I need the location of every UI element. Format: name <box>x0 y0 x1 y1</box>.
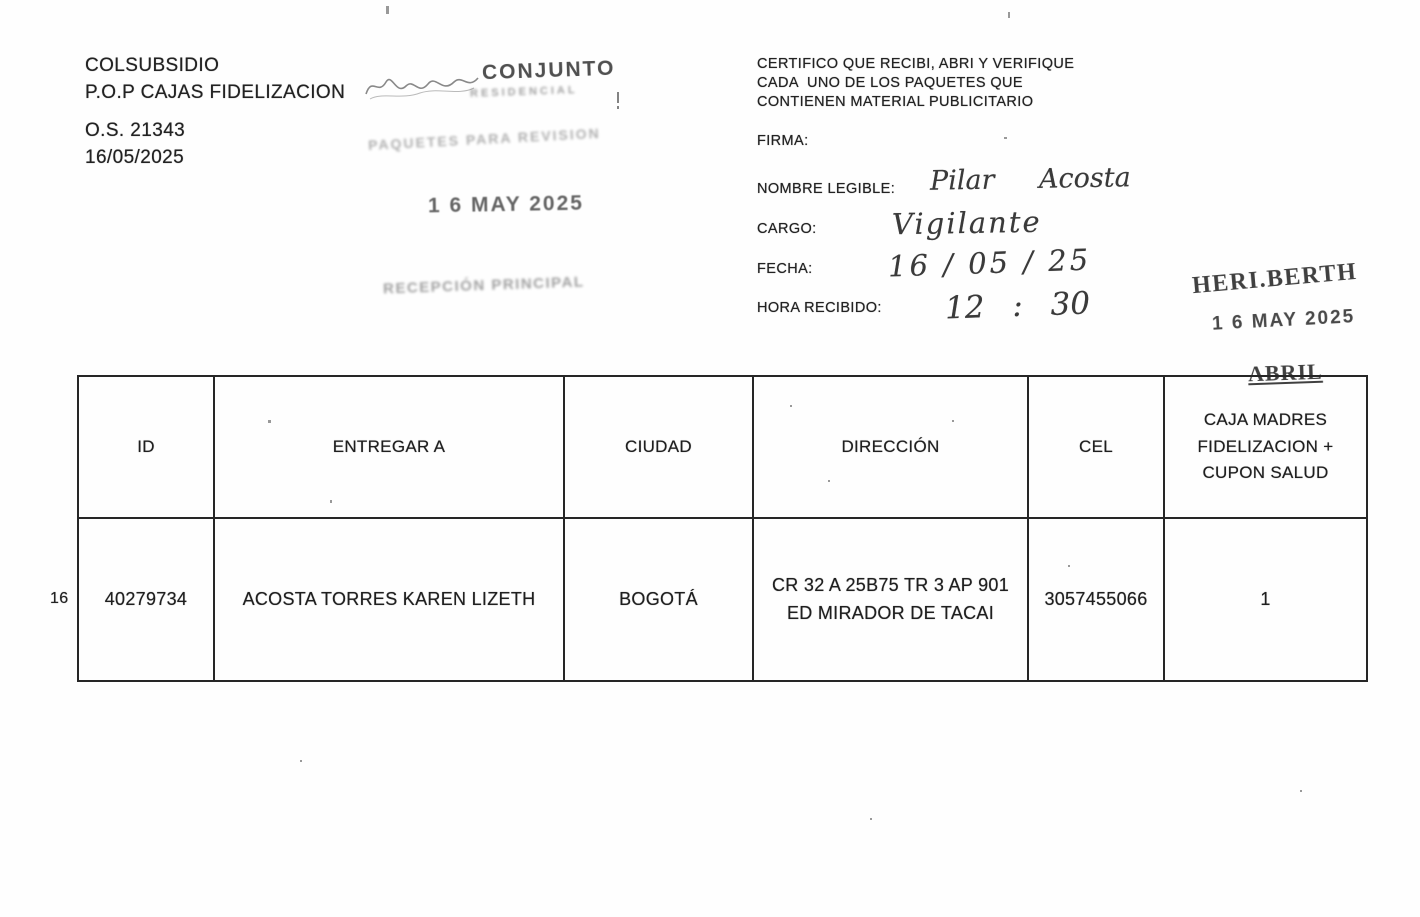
conjunto-stamp-subline: RESIDENCIAL <box>470 84 578 100</box>
header-cel: CEL <box>1028 376 1164 518</box>
table-row: 40279734 ACOSTA TORRES KAREN LIZETH BOGO… <box>78 518 1367 681</box>
nombre-legible-label: NOMBRE LEGIBLE: <box>757 181 895 197</box>
date-stamp-center: 1 6 MAY 2025 <box>428 192 584 219</box>
certification-line-3: CONTIENEN MATERIAL PUBLICITARIO <box>757 93 1033 112</box>
cell-cel: 3057455066 <box>1028 518 1164 681</box>
date-stamp-right: 1 6 MAY 2025 <box>1212 306 1356 335</box>
scan-speck <box>330 500 332 503</box>
cell-ciudad: BOGOTÁ <box>564 518 753 681</box>
certification-line-2: CADA UNO DE LOS PAQUETES QUE <box>757 74 1023 93</box>
header-caja-madres-text: CAJA MADRES FIDELIZACION + CUPON SALUD <box>1191 407 1341 486</box>
scan-speck <box>1004 137 1007 139</box>
header-entregar-a: ENTREGAR A <box>214 376 564 518</box>
cargo-handwritten: Vigilante <box>892 205 1042 242</box>
company-name: COLSUBSIDIO <box>85 55 219 77</box>
scan-speck <box>1300 790 1302 792</box>
scan-speck <box>952 420 954 422</box>
month-stamp: ABRIL <box>1248 359 1324 388</box>
cell-id: 40279734 <box>78 518 214 681</box>
hora-recibido-label: HORA RECIBIDO: <box>757 300 882 316</box>
smudged-stamp-line-lower: RECEPCIÓN PRINCIPAL <box>383 273 585 297</box>
scan-speck <box>828 480 830 482</box>
order-number: O.S. 21343 <box>85 120 185 142</box>
scan-speck <box>1068 565 1070 567</box>
name-stamp: HERI.BERTH <box>1191 259 1358 300</box>
certification-line-1: CERTIFICO QUE RECIBI, ABRI Y VERIFIQUE <box>757 55 1074 74</box>
header-caja-madres: CAJA MADRES FIDELIZACION + CUPON SALUD <box>1164 376 1367 518</box>
scan-speck <box>1008 12 1010 18</box>
fecha-handwritten: 16 / 05 / 25 <box>887 242 1091 283</box>
smudged-stamp-line: PAQUETES PARA REVISION <box>368 125 601 153</box>
scanned-document: COLSUBSIDIO P.O.P CAJAS FIDELIZACION O.S… <box>0 0 1420 917</box>
row-number: 16 <box>50 590 69 608</box>
ink-scribble <box>362 66 482 106</box>
nombre-legible-handwritten: Pilar Acosta <box>930 162 1131 196</box>
cell-entregar-a: ACOSTA TORRES KAREN LIZETH <box>214 518 564 681</box>
cargo-label: CARGO: <box>757 221 817 237</box>
firma-label: FIRMA: <box>757 133 809 149</box>
table-header-row: ID ENTREGAR A CIUDAD DIRECCIÓN CEL CAJA … <box>78 376 1367 518</box>
header-ciudad: CIUDAD <box>564 376 753 518</box>
ink-mark <box>617 92 619 109</box>
cell-direccion: CR 32 A 25B75 TR 3 AP 901 ED MIRADOR DE … <box>753 518 1028 681</box>
scan-speck <box>300 760 302 762</box>
scan-speck <box>268 420 271 423</box>
hora-recibido-handwritten: 12 : 30 <box>944 285 1090 326</box>
project-title: P.O.P CAJAS FIDELIZACION <box>85 82 345 104</box>
header-direccion: DIRECCIÓN <box>753 376 1028 518</box>
scan-speck <box>870 818 872 820</box>
scan-speck <box>386 6 389 14</box>
header-id: ID <box>78 376 214 518</box>
fecha-label: FECHA: <box>757 261 813 277</box>
cell-caja: 1 <box>1164 518 1367 681</box>
scan-speck <box>790 405 792 407</box>
document-date: 16/05/2025 <box>85 147 184 169</box>
conjunto-stamp: CONJUNTO <box>482 57 616 86</box>
